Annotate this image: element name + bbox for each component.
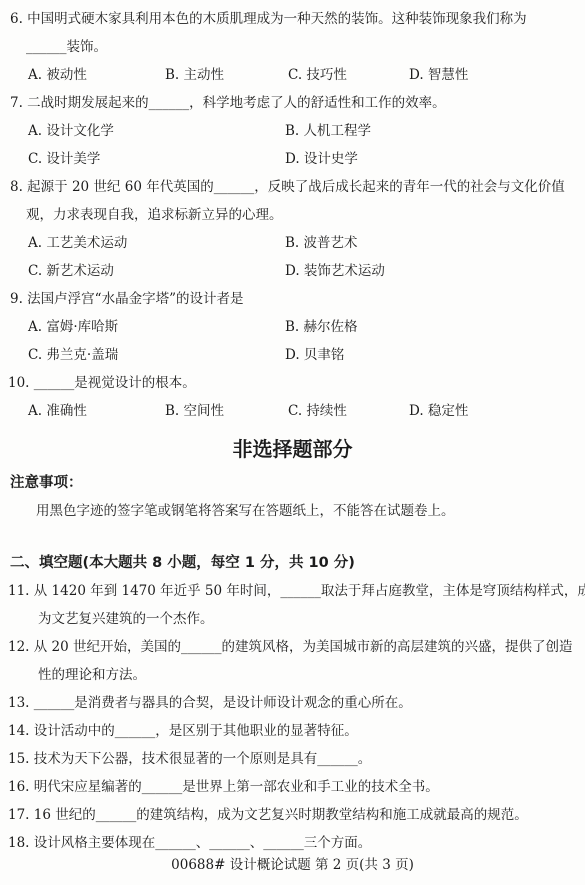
exam-page: 6. 中国明式硬木家具利用本色的木质肌理成为一种天然的装饰。这种装饰现象我们称为… xyxy=(0,0,585,875)
question-8-option-a: A. 工艺美术运动 xyxy=(28,229,285,257)
question-10-option-b: B. 空间性 xyxy=(165,397,288,425)
question-7-option-b: B. 人机工程学 xyxy=(285,117,371,145)
question-9: 9. 法国卢浮宫“水晶金字塔”的设计者是 A. 富姆·库哈斯 B. 赫尔佐格 C… xyxy=(0,285,585,369)
question-13: 13. ______是消费者与器具的合契，是设计师设计观念的重心所在。 xyxy=(0,689,585,717)
question-9-option-a: A. 富姆·库哈斯 xyxy=(28,313,285,341)
question-10-options: A. 准确性 B. 空间性 C. 持续性 D. 稳定性 xyxy=(0,397,585,425)
question-8-stem-line-2: 观，力求表现自我，追求标新立异的心理。 xyxy=(0,201,585,229)
question-6-option-d: D. 智慧性 xyxy=(409,61,468,89)
non-mcq-section-title: 非选择题部分 xyxy=(0,431,585,467)
question-11-line-2: 为文艺复兴建筑的一个杰作。 xyxy=(0,605,585,633)
question-9-option-c: C. 弗兰克·盖瑞 xyxy=(28,341,285,369)
question-7-option-a: A. 设计文化学 xyxy=(28,117,285,145)
question-12-line-2: 性的理论和方法。 xyxy=(0,661,585,689)
question-11-line-1: 11. 从 1420 年到 1470 年近乎 50 年时间，______取法于拜… xyxy=(0,577,585,605)
question-16: 16. 明代宋应星编著的______是世界上第一部农业和手工业的技术全书。 xyxy=(0,773,585,801)
question-7-option-d: D. 设计史学 xyxy=(285,145,358,173)
question-7-option-c: C. 设计美学 xyxy=(28,145,285,173)
question-12-line-1: 12. 从 20 世纪开始，美国的______的建筑风格，为美国城市新的高层建筑… xyxy=(0,633,585,661)
question-10-option-d: D. 稳定性 xyxy=(409,397,468,425)
question-8-option-d: D. 装饰艺术运动 xyxy=(285,257,385,285)
question-8-options-row-2: C. 新艺术运动 D. 装饰艺术运动 xyxy=(0,257,585,285)
question-8-option-c: C. 新艺术运动 xyxy=(28,257,285,285)
question-6: 6. 中国明式硬木家具利用本色的木质肌理成为一种天然的装饰。这种装饰现象我们称为… xyxy=(0,5,585,89)
notice-body: 用黑色字迹的签字笔或钢笔将答案写在答题纸上，不能答在试题卷上。 xyxy=(0,497,585,525)
question-14: 14. 设计活动中的______，是区别于其他职业的显著特征。 xyxy=(0,717,585,745)
question-9-options-row-2: C. 弗兰克·盖瑞 D. 贝聿铭 xyxy=(0,341,585,369)
notice-title: 注意事项： xyxy=(0,469,585,497)
question-7-stem: 7. 二战时期发展起来的______，科学地考虑了人的舒适性和工作的效率。 xyxy=(0,89,585,117)
question-8-option-b: B. 波普艺术 xyxy=(285,229,358,257)
question-10: 10. ______是视觉设计的根本。 A. 准确性 B. 空间性 C. 持续性… xyxy=(0,369,585,425)
question-6-option-b: B. 主动性 xyxy=(165,61,288,89)
question-18: 18. 设计风格主要体现在______、______、______三个方面。 xyxy=(0,829,585,857)
question-7: 7. 二战时期发展起来的______，科学地考虑了人的舒适性和工作的效率。 A.… xyxy=(0,89,585,173)
question-8: 8. 起源于 20 世纪 60 年代英国的______，反映了战后成长起来的青年… xyxy=(0,173,585,285)
question-7-options-row-2: C. 设计美学 D. 设计史学 xyxy=(0,145,585,173)
fill-in-section-header: 二、填空题(本大题共 8 小题，每空 1 分，共 10 分) xyxy=(0,549,585,577)
question-6-option-c: C. 技巧性 xyxy=(288,61,409,89)
page-footer: 00688# 设计概论试题 第 2 页(共 3 页) xyxy=(0,855,585,875)
question-17: 17. 16 世纪的______的建筑结构，成为文艺复兴时期教堂结构和施工成就最… xyxy=(0,801,585,829)
question-7-options-row-1: A. 设计文化学 B. 人机工程学 xyxy=(0,117,585,145)
question-8-stem-line-1: 8. 起源于 20 世纪 60 年代英国的______，反映了战后成长起来的青年… xyxy=(0,173,585,201)
question-6-options: A. 被动性 B. 主动性 C. 技巧性 D. 智慧性 xyxy=(0,61,585,89)
question-9-options-row-1: A. 富姆·库哈斯 B. 赫尔佐格 xyxy=(0,313,585,341)
question-9-option-b: B. 赫尔佐格 xyxy=(285,313,358,341)
question-6-option-a: A. 被动性 xyxy=(28,61,165,89)
question-10-option-c: C. 持续性 xyxy=(288,397,409,425)
question-6-stem-line-1: 6. 中国明式硬木家具利用本色的木质肌理成为一种天然的装饰。这种装饰现象我们称为 xyxy=(0,5,585,33)
question-9-option-d: D. 贝聿铭 xyxy=(285,341,344,369)
question-15: 15. 技术为天下公器，技术很显著的一个原则是具有______。 xyxy=(0,745,585,773)
question-9-stem: 9. 法国卢浮宫“水晶金字塔”的设计者是 xyxy=(0,285,585,313)
question-8-options-row-1: A. 工艺美术运动 B. 波普艺术 xyxy=(0,229,585,257)
question-10-option-a: A. 准确性 xyxy=(28,397,165,425)
question-6-stem-line-2: ______装饰。 xyxy=(0,33,585,61)
question-10-stem: 10. ______是视觉设计的根本。 xyxy=(0,369,585,397)
